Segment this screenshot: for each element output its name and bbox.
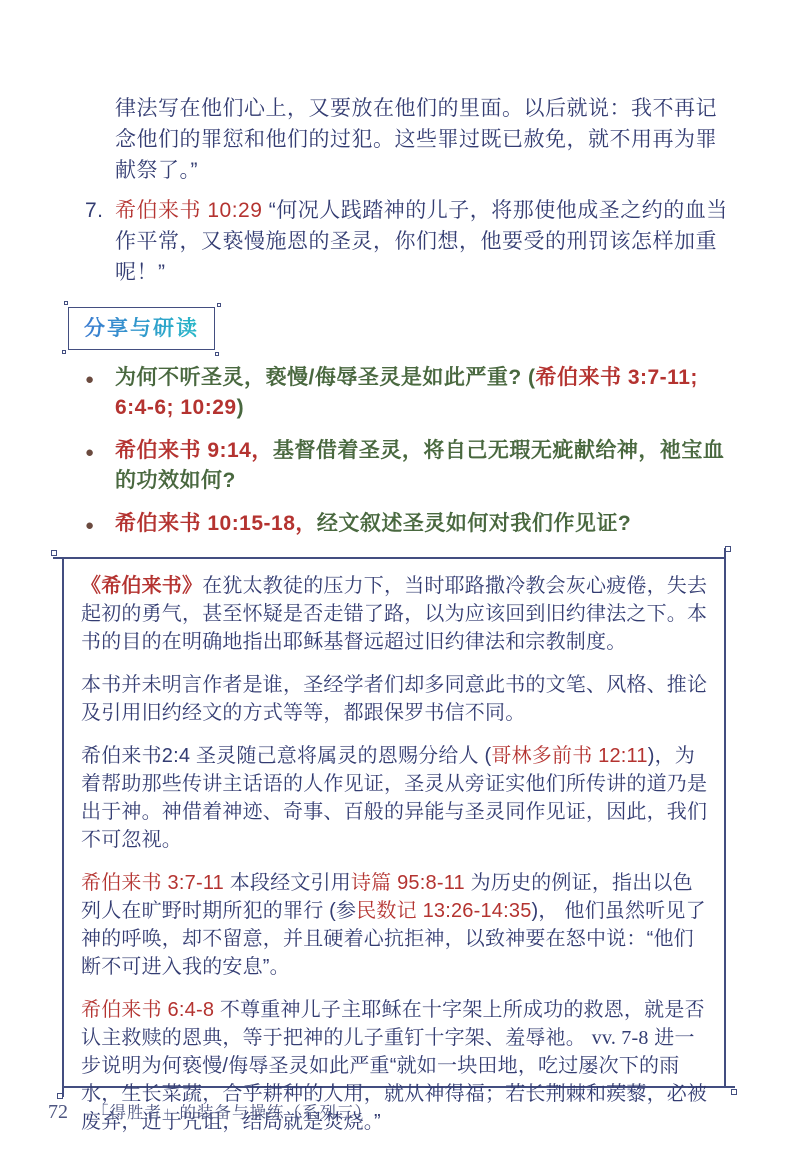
corner-ornament-icon	[724, 1086, 735, 1088]
section-label-text: 分享与研读	[84, 317, 199, 340]
text-segment: 希伯来书 10:15-18，	[115, 512, 317, 535]
list-item-7: 7. 希伯来书 10:29 “何况人践踏神的儿子，将那使他成圣之约的血当作平常，…	[85, 195, 728, 288]
text-segment: 希伯来书 3:7-11	[81, 872, 224, 894]
corner-square-icon	[64, 301, 68, 305]
text-segment: 哥林多前书 12:11	[491, 745, 647, 767]
corner-square-icon	[215, 352, 219, 356]
question-text: 希伯来书 10:15-18，经文叙述圣灵如何对我们作见证?	[115, 509, 730, 541]
text-segment: 本书并未明言作者是谁，圣经学者们却多同意此书的文笔、风格、推论及引用旧约经文的方…	[81, 674, 707, 724]
list-item-text: 希伯来书 10:29 “何况人践踏神的儿子，将那使他成圣之约的血当作平常，又亵慢…	[115, 195, 728, 288]
text-segment: 希伯来书2:4 圣灵随己意将属灵的恩赐分给人 (	[81, 745, 491, 767]
list-item-number: 7.	[85, 195, 115, 288]
bullet-icon: ●	[85, 363, 115, 423]
list-item: ● 希伯来书 9:14，基督借着圣灵，将自己无瑕无疵献给神，祂宝血的功效如何?	[85, 436, 730, 496]
list-item: ● 为何不听圣灵，亵慢/侮辱圣灵是如此严重? (希伯来书 3:7-11; 6:4…	[85, 363, 730, 423]
info-paragraph: 《希伯来书》在犹太教徒的压力下，当时耶路撒冷教会灰心疲倦，失去起初的勇气，甚至怀…	[81, 572, 709, 656]
list-item: ● 希伯来书 10:15-18，经文叙述圣灵如何对我们作见证?	[85, 509, 730, 541]
text-segment: vv. 7-8	[592, 1027, 649, 1049]
section-label-plaque: 分享与研读	[68, 307, 215, 350]
question-text: 为何不听圣灵，亵慢/侮辱圣灵是如此严重? (希伯来书 3:7-11; 6:4-6…	[115, 363, 730, 423]
text-segment: 希伯来书 6:4-8	[81, 999, 214, 1021]
info-paragraph: 希伯来书 3:7-11 本段经文引用诗篇 95:8-11 为历史的例证，指出以色…	[81, 869, 709, 981]
info-paragraph: 本书并未明言作者是谁，圣经学者们却多同意此书的文笔、风格、推论及引用旧约经文的方…	[81, 671, 709, 727]
text-segment: 民数记 13:26-14:35	[356, 900, 531, 922]
corner-ornament-icon	[62, 1086, 64, 1097]
list-item-6-continuation: 律法写在他们心上，又要放在他们的里面。以后就说：我不再记念他们的罪愆和他们的过犯…	[85, 93, 728, 186]
corner-ornament-icon	[724, 548, 726, 559]
text-segment: 律法写在他们心上，又要放在他们的里面。以后就说：我不再记念他们的罪愆和他们的过犯…	[115, 97, 717, 182]
info-box: 《希伯来书》在犹太教徒的压力下，当时耶路撒冷教会灰心疲倦，失去起初的勇气，甚至怀…	[62, 557, 726, 1088]
numbered-list-block: 律法写在他们心上，又要放在他们的里面。以后就说：我不再记念他们的罪愆和他们的过犯…	[85, 93, 728, 288]
bullet-icon: ●	[85, 509, 115, 541]
page-footer: 72 「得胜者」的装备与操练（系列三）	[48, 1099, 372, 1124]
text-segment: )	[237, 396, 245, 419]
text-segment: 希伯来书 9:14，	[115, 439, 273, 462]
text-segment: 本段经文引用	[224, 872, 351, 894]
text-segment: 《希伯来书》	[81, 575, 202, 597]
text-segment: 经文叙述圣灵如何对我们作见证?	[317, 512, 631, 535]
corner-square-icon	[217, 303, 221, 307]
corner-ornament-icon	[53, 557, 64, 559]
info-paragraph: 希伯来书2:4 圣灵随己意将属灵的恩赐分给人 (哥林多前书 12:11)，为着帮…	[81, 742, 709, 854]
text-segment: 希伯来书 10:29	[115, 199, 269, 222]
corner-square-icon	[62, 350, 66, 354]
text-segment: 诗篇 95:8-11	[351, 872, 465, 894]
bullet-icon: ●	[85, 436, 115, 496]
question-list: ● 为何不听圣灵，亵慢/侮辱圣灵是如此严重? (希伯来书 3:7-11; 6:4…	[85, 363, 730, 554]
book-title: 「得胜者」的装备与操练（系列三）	[92, 1099, 372, 1123]
text-segment: 为何不听圣灵，亵慢/侮辱圣灵是如此严重? (	[115, 366, 536, 389]
page-number: 72	[48, 1101, 68, 1124]
question-text: 希伯来书 9:14，基督借着圣灵，将自己无瑕无疵献给神，祂宝血的功效如何?	[115, 436, 730, 496]
